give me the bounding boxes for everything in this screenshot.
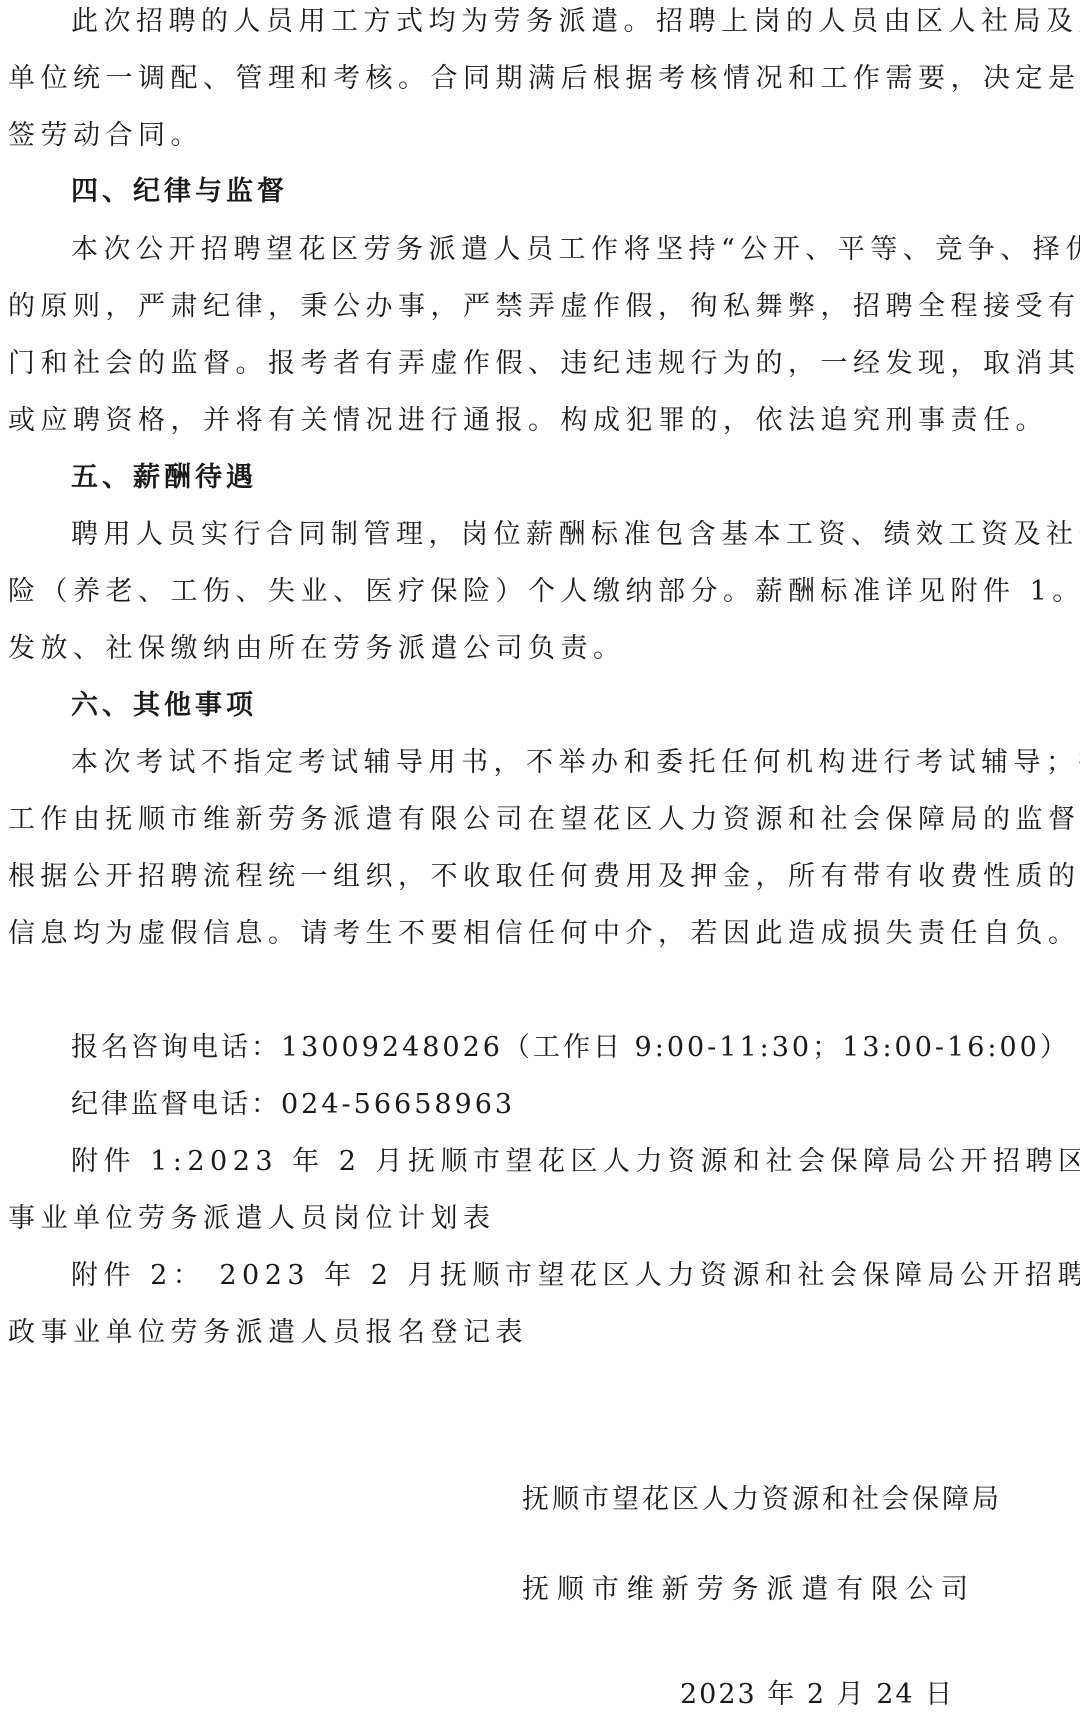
issuer-dispatch-company: 抚顺市维新劳务派遣有限公司 [522,1570,968,1610]
attachment-1-cont: 事业单位劳务派遣人员岗位计划表 [8,1199,968,1239]
paragraph-line: 工作由抚顺市维新劳务派遣有限公司在望花区人力资源和社会保障局的监督下 [8,800,968,840]
paragraph-line: 发放、社保缴纳由所在劳务派遣公司负责。 [8,629,968,669]
attachment-2-cont: 政事业单位劳务派遣人员报名登记表 [8,1313,968,1353]
section-heading-discipline: 四、纪律与监督 [71,172,968,212]
section-heading-salary: 五、薪酬待遇 [71,458,968,498]
paragraph-line: 根据公开招聘流程统一组织，不收取任何费用及押金，所有带有收费性质的招聘 [8,857,968,897]
paragraph-line: 签劳动合同。 [8,116,968,156]
paragraph-line: 门和社会的监督。报考者有弄虚作假、违纪违规行为的，一经发现，取消其考试 [8,344,968,384]
paragraph-line: 的原则，严肃纪律，秉公办事，严禁弄虚作假，徇私舞弊，招聘全程接受有关部 [8,287,968,327]
paragraph-line: 险（养老、工伤、失业、医疗保险）个人缴纳部分。薪酬标准详见附件 1。工资 [8,572,968,612]
paragraph-line: 本次公开招聘望花区劳务派遣人员工作将坚持“公开、平等、竞争、择优” [71,230,968,270]
section-heading-other: 六、其他事项 [71,686,968,726]
paragraph-line: 信息均为虚假信息。请考生不要相信任何中介，若因此造成损失责任自负。 [8,914,968,954]
paragraph-line: 此次招聘的人员用工方式均为劳务派遣。招聘上岗的人员由区人社局及用工 [71,2,968,42]
paragraph-line: 或应聘资格，并将有关情况进行通报。构成犯罪的，依法追究刑事责任。 [8,401,968,441]
registration-phone: 报名咨询电话：13009248026（工作日 9:00-11:30；13:00-… [71,1028,968,1068]
issue-date: 2023 年 2 月 24 日 [680,1675,890,1715]
attachment-1: 附件 1:2023 年 2 月抚顺市望花区人力资源和社会保障局公开招聘区属行政 [71,1142,968,1182]
issuer-hrss-bureau: 抚顺市望花区人力资源和社会保障局 [522,1480,968,1520]
attachment-2: 附件 2： 2023 年 2 月抚顺市望花区人力资源和社会保障局公开招聘区属行 [71,1256,968,1296]
paragraph-line: 单位统一调配、管理和考核。合同期满后根据考核情况和工作需要，决定是否续 [8,59,968,99]
paragraph-line: 本次考试不指定考试辅导用书，不举办和委托任何机构进行考试辅导；招聘 [71,743,968,783]
discipline-phone: 纪律监督电话：024-56658963 [71,1085,968,1125]
paragraph-line: 聘用人员实行合同制管理，岗位薪酬标准包含基本工资、绩效工资及社会保 [71,515,968,555]
